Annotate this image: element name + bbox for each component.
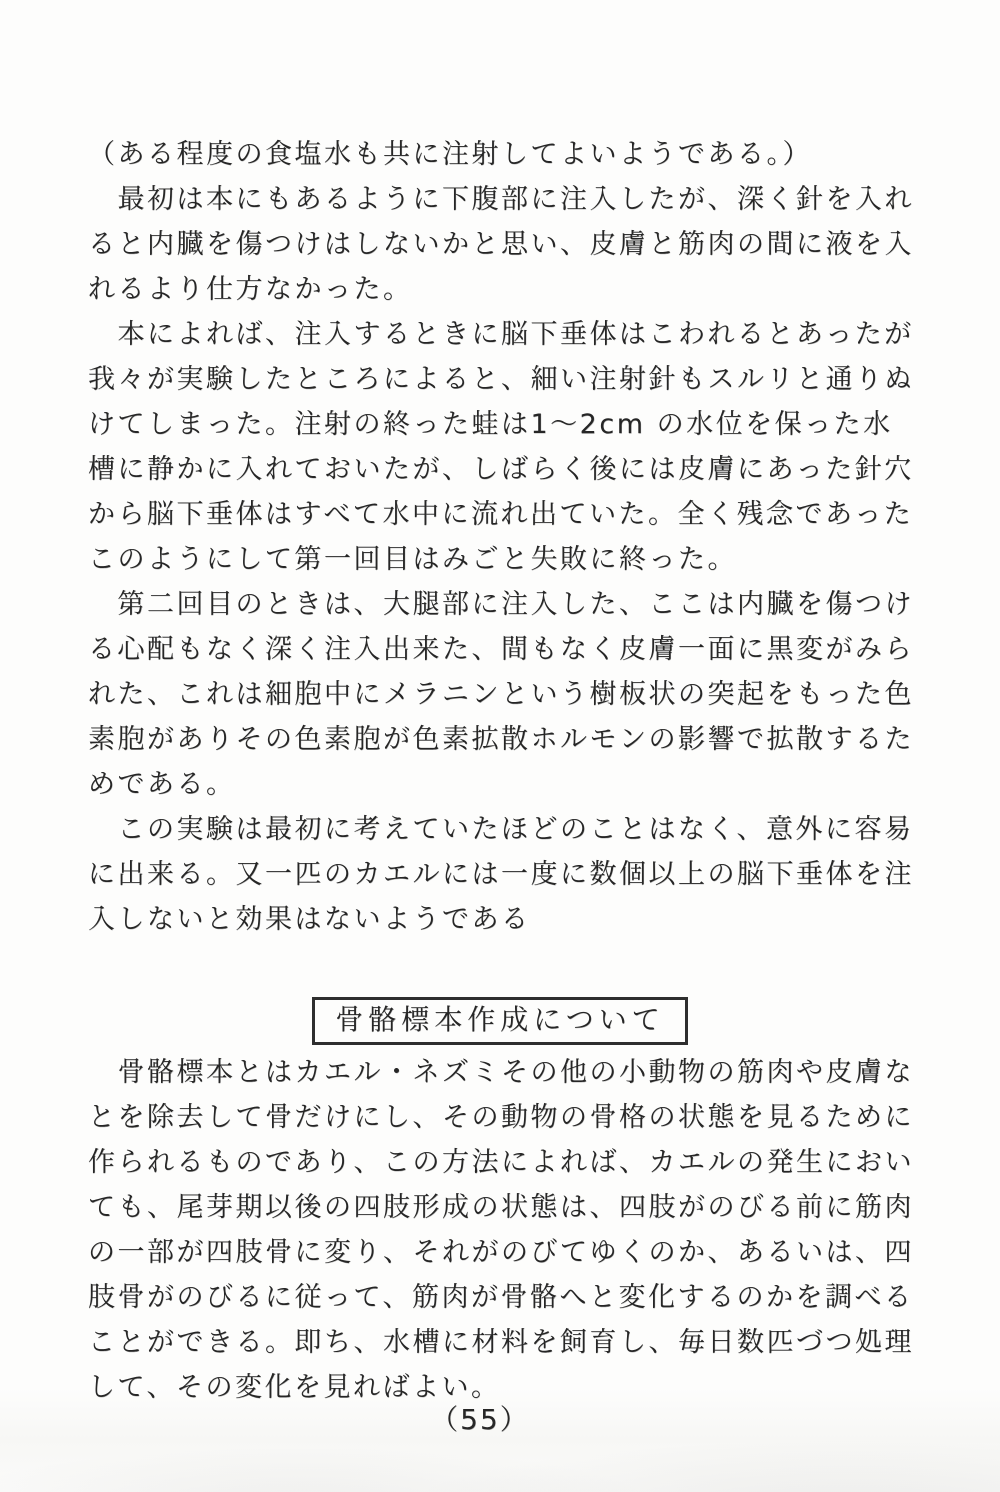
text-line: （ある程度の食塩水も共に注射してよいようである。） — [88, 132, 930, 177]
text-line: この実験は最初に考えていたほどのことはなく、意外に容易 — [88, 807, 930, 852]
text-line: の一部が四肢骨に変り、それがのびてゆくのか、あるいは、四 — [88, 1230, 930, 1275]
text-line: 素胞がありその色素胞が色素拡散ホルモンの影響で拡散するた — [88, 717, 930, 762]
text-line: 槽に静かに入れておいたが、しばらく後には皮膚にあった針穴 — [88, 447, 930, 492]
text-line: 入しないと効果はないようである — [88, 897, 930, 942]
text-line: 肢骨がのびるに従って、筋肉が骨骼へと変化するのかを調べる — [88, 1275, 930, 1320]
text-line: とを除去して骨だけにし、その動物の骨格の状態を見るために — [88, 1095, 930, 1140]
text-line: ても、尾芽期以後の四肢形成の状態は、四肢がのびる前に筋肉 — [88, 1185, 930, 1230]
text-line: れた、これは細胞中にメラニンという樹板状の突起をもった色 — [88, 672, 930, 717]
section-heading-box: 骨骼標本作成について — [312, 997, 687, 1045]
text-line: ことができる。即ち、水槽に材料を飼育し、毎日数匹づつ処理 — [88, 1320, 930, 1365]
text-line: このようにして第一回目はみごと失敗に終った。 — [88, 537, 930, 582]
section-heading: 骨骼標本作成について — [335, 1003, 664, 1036]
body-text-block-2: 骨骼標本とはカエル・ネズミその他の小動物の筋肉や皮膚な とを除去して骨だけにし、… — [88, 1050, 930, 1410]
text-line: 骨骼標本とはカエル・ネズミその他の小動物の筋肉や皮膚な — [88, 1050, 930, 1095]
text-line: めである。 — [88, 762, 930, 807]
text-line: けてしまった。注射の終った蛙は1～2cm の水位を保った水 — [88, 402, 930, 447]
page-number: （55） — [0, 1398, 960, 1438]
text-line: に出来る。又一匹のカエルには一度に数個以上の脳下垂体を注 — [88, 852, 930, 897]
text-line: 作られるものであり、この方法によれば、カエルの発生におい — [88, 1140, 930, 1185]
text-line: 第二回目のときは、大腿部に注入した、ここは内臓を傷つけ — [88, 582, 930, 627]
text-line: ると内臓を傷つけはしないかと思い、皮膚と筋肉の間に液を入 — [88, 222, 930, 267]
text-line: から脳下垂体はすべて水中に流れ出ていた。全く残念であった — [88, 492, 930, 537]
text-line: 最初は本にもあるように下腹部に注入したが、深く針を入れ — [88, 177, 930, 222]
text-line: る心配もなく深く注入出来た、間もなく皮膚一面に黒変がみら — [88, 627, 930, 672]
body-text-block-1: （ある程度の食塩水も共に注射してよいようである。） 最初は本にもあるように下腹部… — [88, 132, 930, 942]
text-line: 我々が実験したところによると、細い注射針もスルリと通りぬ — [88, 357, 930, 402]
scanned-document-page: （ある程度の食塩水も共に注射してよいようである。） 最初は本にもあるように下腹部… — [0, 0, 1000, 1492]
text-line: れるより仕方なかった。 — [88, 267, 930, 312]
section-heading-wrap: 骨骼標本作成について — [0, 997, 1000, 1045]
text-line: 本によれば、注入するときに脳下垂体はこわれるとあったが — [88, 312, 930, 357]
